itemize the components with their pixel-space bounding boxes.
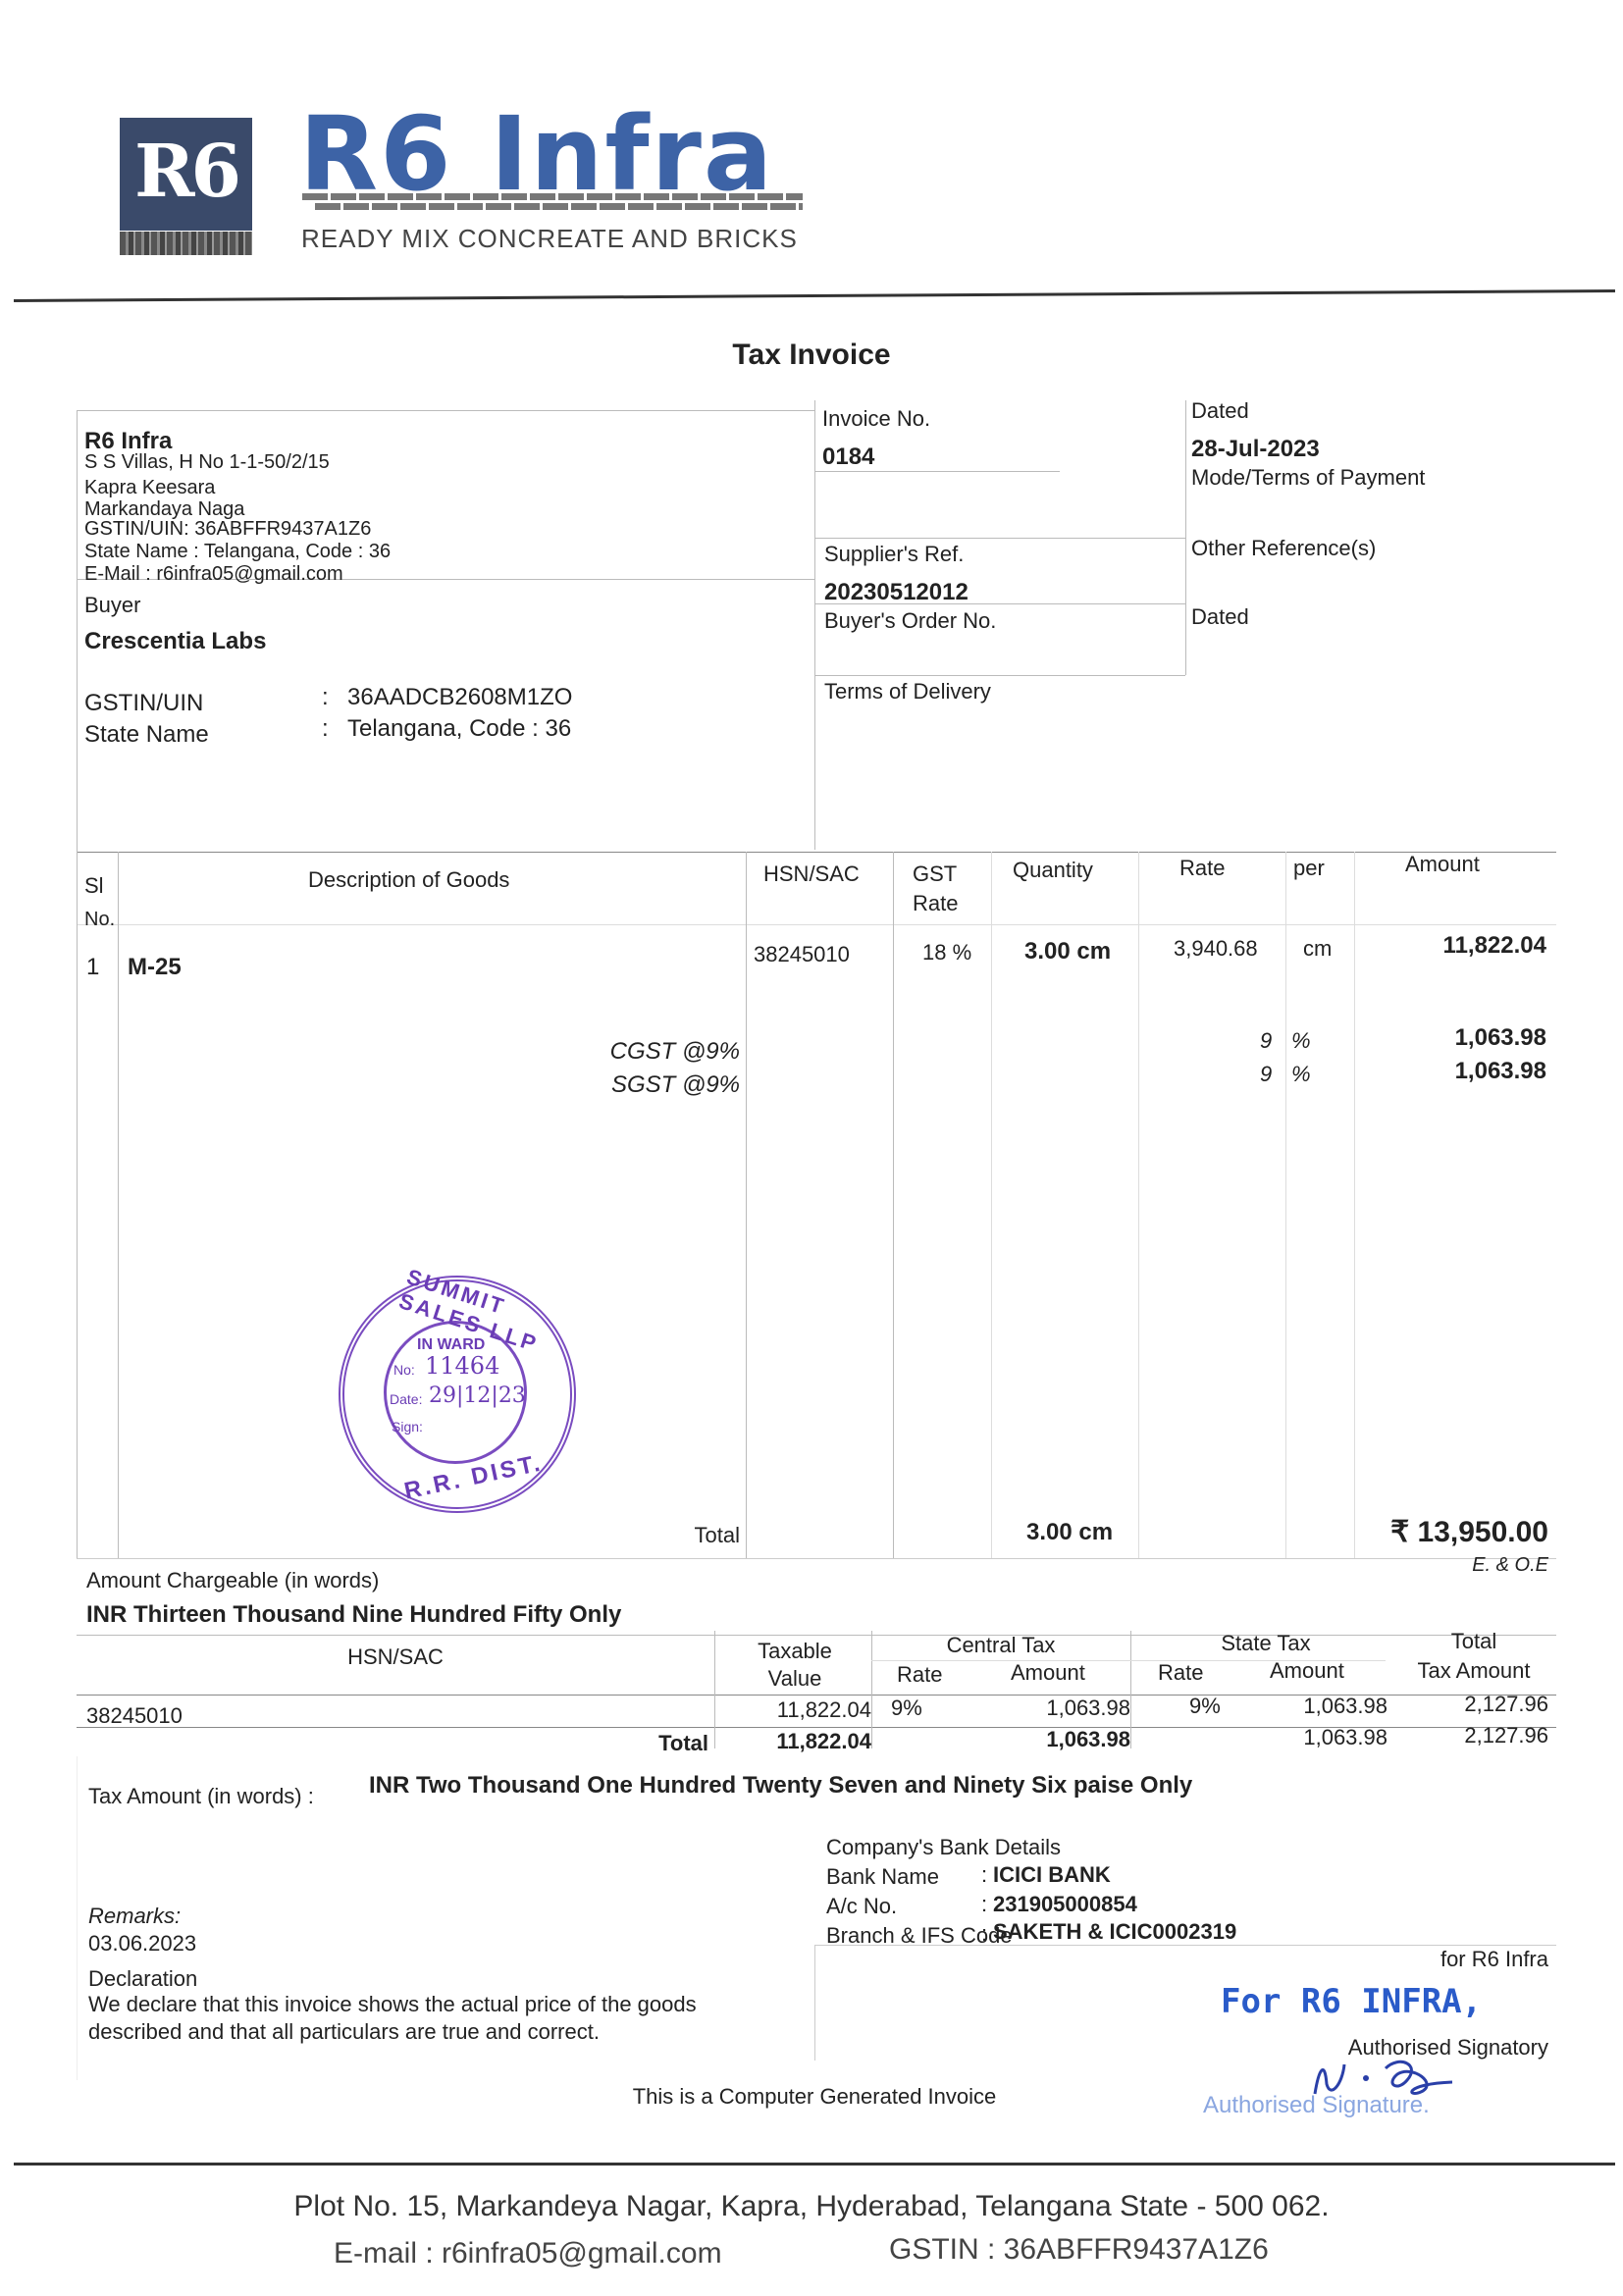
invoice-date: 28-Jul-2023 bbox=[1191, 436, 1320, 463]
logo-mark: R6 bbox=[120, 116, 252, 229]
bank-name-label: Bank Name bbox=[826, 1864, 939, 1890]
cgst-rate: 9 bbox=[1260, 1028, 1272, 1054]
item-amount: 11,822.04 bbox=[1354, 932, 1546, 960]
delivery-terms-label: Terms of Delivery bbox=[824, 679, 991, 704]
footer-divider bbox=[14, 2163, 1615, 2166]
ts-col-central-rate: Rate bbox=[897, 1662, 942, 1688]
sgst-rate: 9 bbox=[1260, 1062, 1272, 1087]
for-company: for R6 Infra bbox=[1276, 1947, 1548, 1972]
ts-total-state: 1,063.98 bbox=[1230, 1725, 1387, 1750]
col-description: Description of Goods bbox=[308, 867, 509, 893]
cgst-amount: 1,063.98 bbox=[1354, 1024, 1546, 1052]
brick-pattern bbox=[302, 193, 803, 211]
divider bbox=[814, 1945, 1556, 1946]
divider bbox=[1285, 852, 1286, 1558]
item-rate: 3,940.68 bbox=[1174, 936, 1258, 962]
eoe: E. & O.E bbox=[1374, 1554, 1548, 1577]
tax-words: INR Two Thousand One Hundred Twenty Seve… bbox=[369, 1772, 1192, 1800]
seller-email: E-Mail : r6infra05@gmail.com bbox=[84, 563, 343, 586]
buyer-label: Buyer bbox=[84, 593, 140, 618]
ts-central-amount: 1,063.98 bbox=[971, 1696, 1130, 1721]
cgst-pct: % bbox=[1291, 1028, 1311, 1054]
sgst-pct: % bbox=[1291, 1062, 1311, 1087]
footer-gstin: GSTIN : 36ABFFR9437A1Z6 bbox=[889, 2233, 1269, 2267]
sgst-amount: 1,063.98 bbox=[1354, 1058, 1546, 1085]
buyer-order-dated-label: Dated bbox=[1191, 604, 1249, 630]
seller-gstin: GSTIN/UIN: 36ABFFR9437A1Z6 bbox=[84, 518, 371, 541]
branch-sep: : bbox=[981, 1921, 987, 1947]
ts-total-tax: 2,127.96 bbox=[1393, 1723, 1548, 1748]
bank-title: Company's Bank Details bbox=[826, 1835, 1061, 1860]
sgst-label: SGST @9% bbox=[393, 1071, 740, 1099]
declaration-line-1: We declare that this invoice shows the a… bbox=[88, 1992, 697, 2017]
footer-address: Plot No. 15, Markandeya Nagar, Kapra, Hy… bbox=[0, 2190, 1623, 2223]
col-gst: GST bbox=[913, 861, 957, 887]
col-sl-2: No. bbox=[84, 909, 115, 931]
divider bbox=[991, 852, 992, 1558]
divider bbox=[77, 852, 78, 1558]
divider bbox=[77, 410, 78, 852]
ts-total: 2,127.96 bbox=[1393, 1692, 1548, 1717]
stamp-no-value: 11464 bbox=[425, 1352, 499, 1380]
col-quantity: Quantity bbox=[1013, 858, 1093, 883]
computer-generated-note: This is a Computer Generated Invoice bbox=[550, 2084, 1079, 2110]
col-amount: Amount bbox=[1405, 852, 1480, 877]
company-seal-text: For R6 INFRA, bbox=[1221, 1982, 1482, 2021]
tax-words-label: Tax Amount (in words) : bbox=[88, 1784, 314, 1809]
bank-name-sep: : bbox=[981, 1862, 987, 1888]
ts-total-label: Total bbox=[550, 1731, 708, 1756]
item-sl: 1 bbox=[86, 954, 99, 981]
invoice-no: 0184 bbox=[822, 444, 874, 471]
ts-col-taxable-2: Value bbox=[726, 1666, 864, 1692]
divider bbox=[746, 852, 747, 1558]
account-label: A/c No. bbox=[826, 1894, 897, 1919]
ts-col-state: State Tax bbox=[1138, 1631, 1393, 1656]
divider bbox=[814, 1945, 815, 2061]
ts-hsn: 38245010 bbox=[86, 1703, 183, 1729]
ts-col-state-amount: Amount bbox=[1270, 1658, 1344, 1684]
cgst-label: CGST @9% bbox=[393, 1038, 740, 1066]
ts-state-rate: 9% bbox=[1189, 1694, 1221, 1719]
divider bbox=[77, 852, 1556, 853]
ts-col-total-2: Tax Amount bbox=[1393, 1658, 1554, 1684]
bank-name-value: ICICI BANK bbox=[993, 1862, 1111, 1888]
account-sep: : bbox=[981, 1892, 987, 1917]
item-gst-rate: 18 % bbox=[922, 940, 971, 965]
ts-col-central: Central Tax bbox=[871, 1633, 1130, 1658]
col-per: per bbox=[1293, 856, 1325, 881]
divider bbox=[814, 675, 1185, 676]
amount-words-label: Amount Chargeable (in words) bbox=[86, 1568, 379, 1593]
item-description: M-25 bbox=[128, 954, 182, 981]
col-rate: Rate bbox=[1179, 856, 1225, 881]
brand-name: R6 Infra bbox=[299, 103, 774, 205]
seller-address-1: S S Villas, H No 1-1-50/2/15 bbox=[84, 451, 330, 474]
divider bbox=[814, 538, 1185, 539]
divider bbox=[77, 924, 1556, 925]
dated-label: Dated bbox=[1191, 398, 1249, 424]
account-value: 231905000854 bbox=[993, 1892, 1137, 1917]
page-title: Tax Invoice bbox=[0, 339, 1623, 372]
item-hsn: 38245010 bbox=[754, 942, 850, 967]
remarks-value: 03.06.2023 bbox=[88, 1931, 196, 1957]
item-quantity: 3.00 cm bbox=[1024, 938, 1111, 965]
divider bbox=[1130, 1631, 1131, 1748]
item-per: cm bbox=[1303, 936, 1332, 962]
authorised-signature-stamp: Authorised Signature. bbox=[1203, 2092, 1430, 2119]
ts-state-amount: 1,063.98 bbox=[1230, 1694, 1387, 1719]
total-quantity: 3.00 cm bbox=[1026, 1519, 1113, 1546]
divider bbox=[893, 852, 894, 1558]
brand-tagline: READY MIX CONCREATE AND BRICKS bbox=[301, 224, 798, 254]
buyer-name: Crescentia Labs bbox=[84, 628, 266, 655]
divider bbox=[77, 1756, 78, 2080]
divider bbox=[118, 852, 119, 1558]
buyer-state: Telangana, Code : 36 bbox=[347, 715, 571, 743]
col-hsn: HSN/SAC bbox=[763, 861, 860, 887]
seller-state: State Name : Telangana, Code : 36 bbox=[84, 541, 391, 563]
payment-terms-label: Mode/Terms of Payment bbox=[1191, 465, 1425, 491]
footer-email: E-mail : r6infra05@gmail.com bbox=[334, 2237, 722, 2270]
ts-total-taxable: 11,822.04 bbox=[726, 1729, 871, 1754]
seller-address-2: Kapra Keesara bbox=[84, 477, 215, 499]
supplier-ref: 20230512012 bbox=[824, 579, 969, 606]
declaration-line-2: described and that all particulars are t… bbox=[88, 2019, 600, 2045]
declaration-label: Declaration bbox=[88, 1966, 197, 1992]
col-sl: Sl bbox=[84, 873, 104, 899]
divider bbox=[814, 400, 815, 850]
buyer-order-label: Buyer's Order No. bbox=[824, 608, 996, 634]
ts-col-taxable: Taxable bbox=[726, 1639, 864, 1664]
divider bbox=[814, 471, 1060, 472]
amount-words: INR Thirteen Thousand Nine Hundred Fifty… bbox=[86, 1601, 621, 1629]
received-stamp: SUMMIT SALES LLP R.R. DIST. IN WARD No: … bbox=[339, 1276, 576, 1513]
buyer-state-sep: : bbox=[322, 715, 329, 743]
logo-texture bbox=[120, 232, 252, 255]
stamp-date-value: 29|12|23 bbox=[429, 1383, 526, 1408]
supplier-ref-label: Supplier's Ref. bbox=[824, 542, 964, 567]
ts-total-central: 1,063.98 bbox=[971, 1727, 1130, 1752]
ts-col-total: Total bbox=[1393, 1629, 1554, 1654]
other-ref-label: Other Reference(s) bbox=[1191, 536, 1376, 561]
stamp-sign-label: Sign: bbox=[392, 1419, 423, 1435]
ts-taxable: 11,822.04 bbox=[726, 1697, 871, 1723]
ts-central-rate: 9% bbox=[891, 1696, 922, 1721]
buyer-state-label: State Name bbox=[84, 721, 209, 749]
buyer-gstin: 36AADCB2608M1ZO bbox=[347, 684, 572, 711]
buyer-gstin-label: GSTIN/UIN bbox=[84, 690, 203, 717]
buyer-gstin-sep: : bbox=[322, 684, 329, 711]
ts-col-state-rate: Rate bbox=[1158, 1660, 1203, 1686]
remarks-label: Remarks: bbox=[88, 1904, 181, 1929]
divider bbox=[77, 1558, 1556, 1559]
invoice-no-label: Invoice No. bbox=[822, 406, 930, 432]
stamp-date-label: Date: bbox=[390, 1391, 422, 1407]
divider bbox=[714, 1631, 715, 1748]
header-divider bbox=[14, 289, 1615, 302]
grand-total: ₹ 13,950.00 bbox=[1276, 1515, 1548, 1549]
total-label: Total bbox=[589, 1523, 740, 1548]
divider bbox=[1185, 400, 1186, 675]
divider bbox=[77, 410, 814, 411]
divider bbox=[1138, 852, 1139, 1558]
stamp-no-label: No: bbox=[393, 1362, 415, 1378]
branch-value: SAKETH & ICIC0002319 bbox=[993, 1919, 1236, 1945]
col-gst-2: Rate bbox=[913, 891, 958, 916]
ts-col-hsn: HSN/SAC bbox=[77, 1644, 714, 1670]
ts-col-central-amount: Amount bbox=[1011, 1660, 1085, 1686]
